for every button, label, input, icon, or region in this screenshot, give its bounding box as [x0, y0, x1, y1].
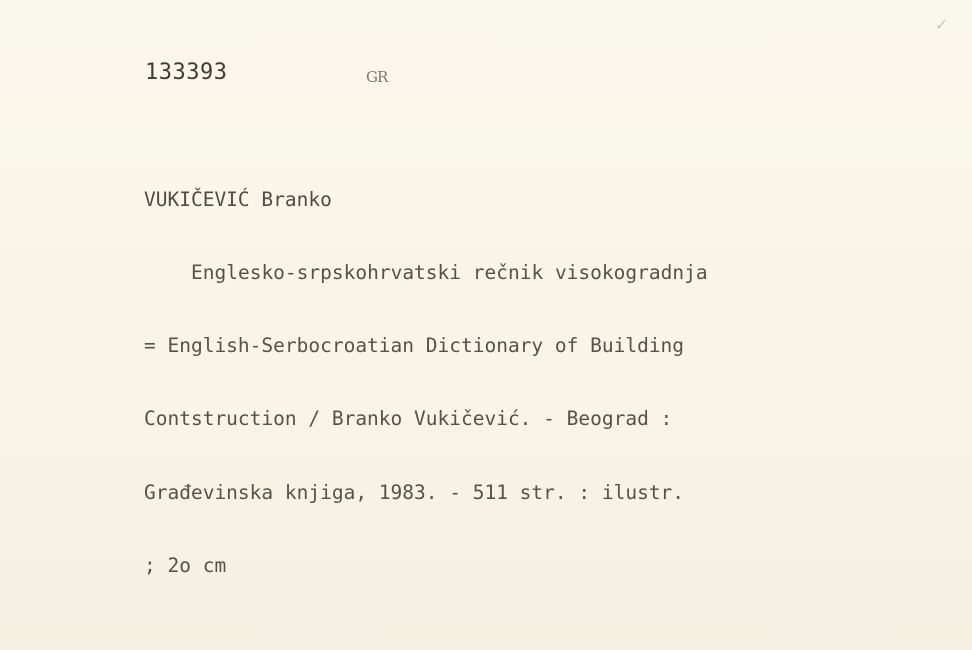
bibliographic-entry: VUKIČEVIĆ Branko Englesko-srpskohrvatski… [144, 139, 708, 627]
catalog-number: 133393 [145, 60, 227, 85]
location-stamp: GR [366, 68, 387, 86]
publication-line: Građevinska knjiga, 1983. - 511 str. : i… [144, 481, 708, 505]
title-continuation-line: Contstruction / Branko Vukičević. - Beog… [144, 407, 708, 431]
title-line: Englesko-srpskohrvatski rečnik visokogra… [144, 261, 708, 285]
dimensions-line: ; 2o cm [144, 554, 708, 578]
catalog-card: ✓ 133393 GR VUKIČEVIĆ Branko Englesko-sr… [0, 0, 972, 650]
author-heading: VUKIČEVIĆ Branko [144, 188, 708, 212]
check-mark-icon: ✓ [936, 14, 947, 35]
parallel-title-line: = English-Serbocroatian Dictionary of Bu… [144, 334, 708, 358]
